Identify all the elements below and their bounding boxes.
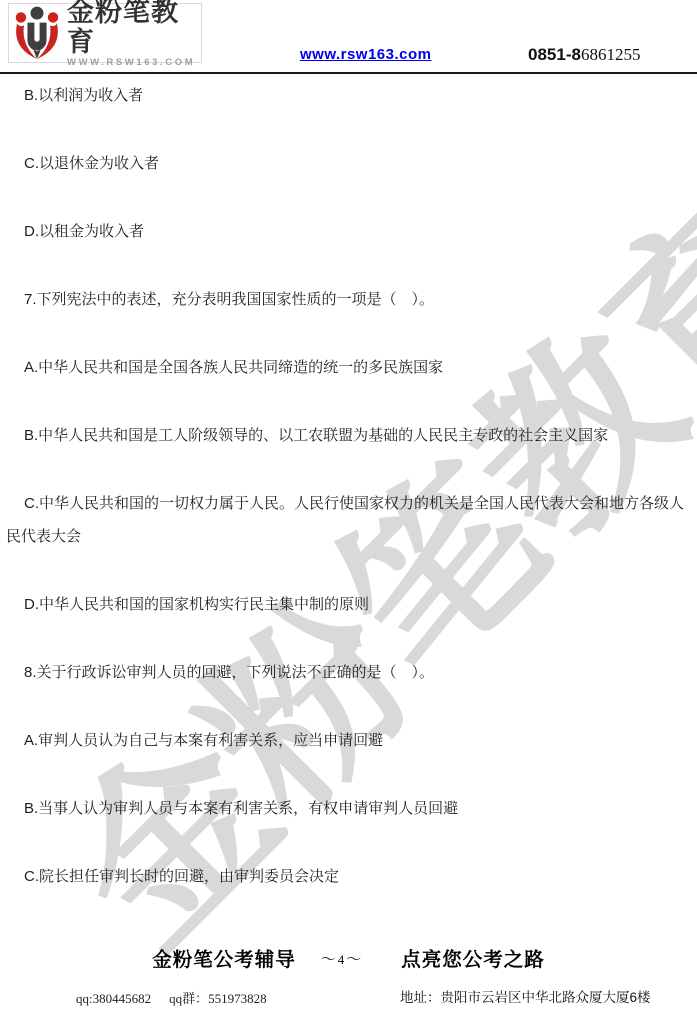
phone-number: 0851-86861255 [528,45,640,65]
document-page: 金粉笔教育 金粉笔教育 WWW.RSW163.COM www.rsw163.co… [0,0,697,1024]
footer-brand: 金粉笔公考辅导 [152,949,296,971]
q6-option-b: B.以利润为收入者 [6,79,694,112]
brand-logo: 金粉笔教育 WWW.RSW163.COM [8,3,202,63]
page-number-prefix: ～ [321,951,338,968]
header-divider [0,72,697,74]
page-number-value: 4 [338,952,347,967]
page-header: 金粉笔教育 WWW.RSW163.COM www.rsw163.com 0851… [0,0,697,75]
question-7-text: 7.下列宪法中的表述，充分表明我国国家性质的一项是（ ）。 [6,283,694,316]
q7-option-a: A.中华人民共和国是全国各族人民共同缔造的统一的多民族国家 [6,351,694,384]
phone-number-serif-part: 6861255 [581,45,641,64]
q7-option-d: D.中华人民共和国的国家机构实行民主集中制的原则 [6,588,694,621]
question-body: B.以利润为收入者 C.以退休金为收入者 D.以租金为收入者 7.下列宪法中的表… [6,79,694,928]
question-8-text: 8.关于行政诉讼审判人员的回避，下列说法不正确的是（ ）。 [6,656,694,689]
brand-url-caption: WWW.RSW163.COM [67,57,195,69]
q6-option-d: D.以租金为收入者 [6,215,694,248]
qq-contacts: qq:380445682qq群：551973828 [76,988,267,1007]
page-number-suffix: ～ [346,951,363,968]
q8-option-b: B.当事人认为审判人员与本案有利害关系，有权申请审判人员回避 [6,792,694,825]
brand-text-block: 金粉笔教育 WWW.RSW163.COM [67,0,201,69]
qq-group-number: qq群：551973828 [169,991,267,1006]
footer-slogan: 点亮您公考之路 [401,949,545,971]
brand-name: 金粉笔教育 [67,0,201,57]
q8-option-a: A.审判人员认为自己与本案有利害关系，应当申请回避 [6,724,694,757]
company-address: 地址：贵阳市云岩区中华北路众厦大厦6楼 [400,986,651,1006]
q7-option-c: C.中华人民共和国的一切权力属于人民。人民行使国家权力的机关是全国人民代表大会和… [6,487,694,553]
website-link[interactable]: www.rsw163.com [300,46,432,63]
footer-title-line: 金粉笔公考辅导～4～点亮您公考之路 [0,944,697,972]
q8-option-c: C.院长担任审判长时的回避，由审判委员会决定 [6,860,694,893]
phone-number-bold-part: 0851-8 [528,45,581,64]
qq-number: qq:380445682 [76,991,151,1006]
page-number: ～4～ [321,951,364,968]
q6-option-c: C.以退休金为收入者 [6,147,694,180]
people-u-logo-icon [11,6,63,60]
q7-option-b: B.中华人民共和国是工人阶级领导的、以工农联盟为基础的人民民主专政的社会主义国家 [6,419,694,452]
